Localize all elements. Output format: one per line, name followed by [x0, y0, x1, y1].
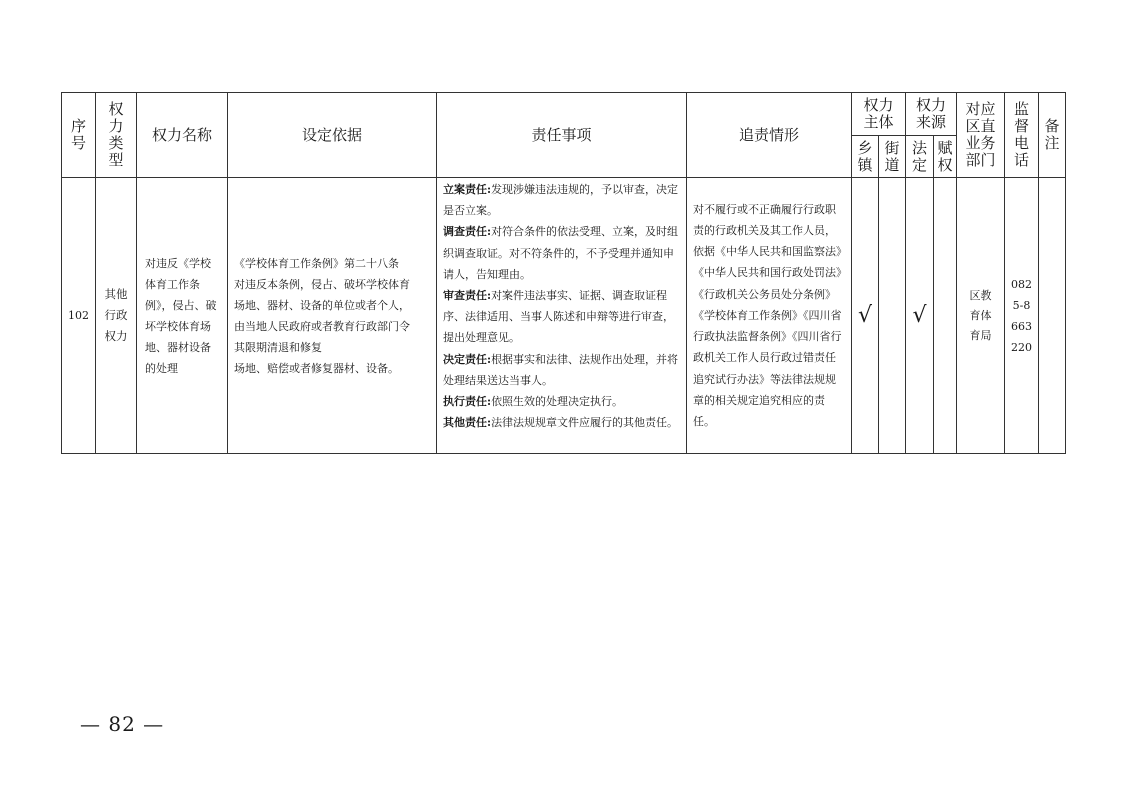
- header-source-group: 权力来源: [906, 93, 957, 136]
- header-duties: 责任事项: [437, 93, 687, 178]
- check-icon-township: √: [852, 178, 879, 454]
- header-seq: 序号: [62, 93, 96, 178]
- page-number: — 82 —: [80, 712, 164, 736]
- header-source-granted: 赋权: [934, 136, 957, 178]
- header-subject-group: 权力主体: [852, 93, 906, 136]
- cell-granted: [934, 178, 957, 454]
- cell-phone: 082 5-8 663 220: [1005, 178, 1039, 454]
- header-accountability: 追责情形: [687, 93, 852, 178]
- header-source-statutory: 法定: [906, 136, 934, 178]
- cell-duties: 立案责任:发现涉嫌违法违规的，予以审查，决定是否立案。 调查责任:对符合条件的依…: [437, 178, 687, 454]
- cell-accountability: 对不履行或不正确履行行政职责的行政机关及其工作人员，依据《中华人民共和国监察法》…: [687, 178, 852, 454]
- duty-review: 审查责任:对案件违法事实、证据、调查取证程序、法律适用、当事人陈述和申辩等进行审…: [443, 285, 682, 349]
- cell-remark: [1039, 178, 1066, 454]
- cell-street: [879, 178, 906, 454]
- header-phone: 监督电话: [1005, 93, 1039, 178]
- check-icon-statutory: √: [906, 178, 934, 454]
- header-power-name: 权力名称: [137, 93, 228, 178]
- header-subject-street: 街道: [879, 136, 906, 178]
- duty-other: 其他责任:法律法规规章文件应履行的其他责任。: [443, 412, 682, 433]
- cell-power-type: 其他行政权力: [96, 178, 137, 454]
- cell-basis: 《学校体育工作条例》第二十八条 对违反本条例，侵占、破坏学校体育 场地、器材、设…: [228, 178, 437, 454]
- header-dept: 对应区直业务部门: [957, 93, 1005, 178]
- header-basis: 设定依据: [228, 93, 437, 178]
- duty-execution: 执行责任:依照生效的处理决定执行。: [443, 391, 682, 412]
- cell-power-name: 对违反《学校体育工作条例》，侵占、破坏学校体育场地、器材设备的处理: [137, 178, 228, 454]
- table-row: 102 其他行政权力 对违反《学校体育工作条例》，侵占、破坏学校体育场地、器材设…: [62, 178, 1066, 454]
- cell-dept: 区教育体育局: [957, 178, 1005, 454]
- duty-decision: 决定责任:根据事实和法律、法规作出处理，并将处理结果送达当事人。: [443, 349, 682, 391]
- duty-filing: 立案责任:发现涉嫌违法违规的，予以审查，决定是否立案。: [443, 179, 682, 221]
- header-power-type: 权力类型: [96, 93, 137, 178]
- header-subject-township: 乡镇: [852, 136, 879, 178]
- duty-investigation: 调查责任:对符合条件的依法受理、立案，及时组织调查取证。对不符条件的，不予受理并…: [443, 221, 682, 285]
- cell-seq: 102: [62, 178, 96, 454]
- power-list-table: 序号 权力类型 权力名称 设定依据 责任事项 追责情形 权力主体 权力来源 对应…: [61, 92, 1066, 454]
- header-remark: 备注: [1039, 93, 1066, 178]
